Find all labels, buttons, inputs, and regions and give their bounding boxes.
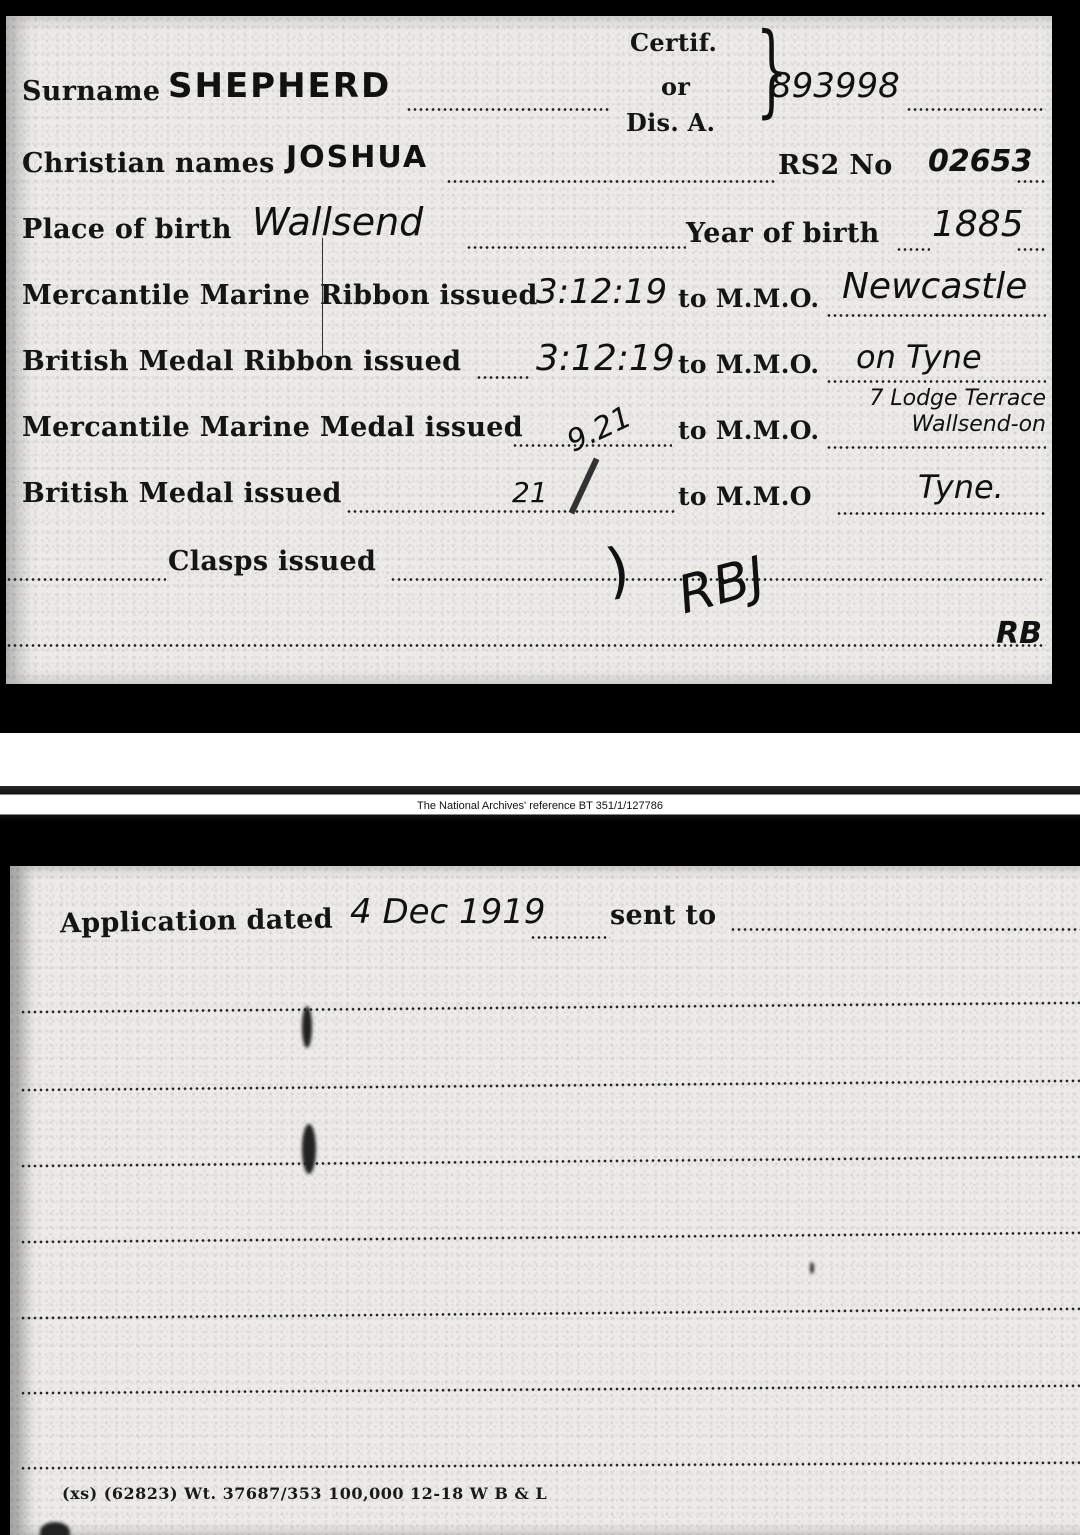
british-medal-date: 21 bbox=[512, 476, 548, 509]
blank-line-2 bbox=[20, 1079, 1080, 1091]
clasps-label: Clasps issued bbox=[168, 546, 376, 577]
mm-medal-date: 9.21 bbox=[562, 400, 637, 460]
dotted-line bbox=[826, 380, 1046, 383]
year-of-birth-value: 1885 bbox=[932, 204, 1024, 245]
british-ribbon-label: British Medal Ribbon issued bbox=[22, 346, 461, 377]
place-of-birth-label: Place of birth bbox=[22, 214, 232, 245]
year-of-birth-label: Year of birth bbox=[686, 218, 880, 249]
british-ribbon-to-label: to M.M.O. bbox=[678, 350, 819, 379]
initials-signature: RBJ bbox=[672, 546, 772, 627]
blank-line-3 bbox=[20, 1155, 1080, 1167]
blank-line-1 bbox=[20, 1001, 1080, 1013]
dotted-line bbox=[530, 936, 610, 939]
dotted-line bbox=[1016, 248, 1046, 251]
place-of-birth-value: Wallsend bbox=[252, 200, 423, 244]
dotted-line bbox=[346, 510, 676, 513]
mm-ribbon-date: 3:12:19 bbox=[536, 272, 667, 312]
blank-line-4 bbox=[20, 1231, 1080, 1243]
british-medal-to-label: to M.M.O bbox=[678, 482, 812, 511]
dotted-line bbox=[466, 246, 686, 249]
certificate-label-1: Certif. bbox=[630, 28, 717, 57]
mm-ribbon-label: Mercantile Marine Ribbon issued bbox=[22, 280, 538, 311]
christian-names-value: JOSHUA bbox=[286, 140, 428, 175]
surname-value: SHEPHERD bbox=[168, 66, 391, 106]
dotted-line bbox=[446, 180, 776, 183]
front-card: Surname SHEPHERD Certif. or Dis. A. } 89… bbox=[6, 16, 1052, 684]
dotted-line bbox=[1016, 180, 1046, 183]
application-date-value: 4 Dec 1919 bbox=[350, 892, 546, 932]
tick-mark-icon bbox=[569, 458, 600, 515]
british-ribbon-to-value: on Tyne bbox=[856, 338, 982, 376]
mm-ribbon-to-value: Newcastle bbox=[842, 266, 1027, 307]
british-medal-to-value: Tyne. bbox=[918, 468, 1004, 506]
back-card: Application dated 4 Dec 1919 sent to (xs… bbox=[10, 866, 1080, 1535]
dotted-line bbox=[476, 376, 531, 379]
dotted-line bbox=[836, 512, 1046, 515]
pen-stroke bbox=[322, 238, 323, 358]
certificate-value: 893998 bbox=[770, 66, 900, 106]
rs2-no-label: RS2 No bbox=[778, 150, 893, 181]
surname-label: Surname bbox=[22, 76, 160, 107]
dotted-line bbox=[6, 578, 166, 581]
stamp-mark: RB bbox=[996, 616, 1042, 651]
british-medal-label: British Medal issued bbox=[22, 478, 342, 509]
archive-reference: The National Archives' reference BT 351/… bbox=[0, 800, 1080, 812]
dotted-line bbox=[406, 108, 611, 111]
blank-line-5 bbox=[20, 1307, 1080, 1319]
ink-smudge bbox=[302, 1006, 312, 1048]
mm-medal-label: Mercantile Marine Medal issued bbox=[22, 412, 523, 443]
dotted-line bbox=[906, 108, 1046, 111]
blank-line-7 bbox=[20, 1461, 1080, 1470]
printer-imprint: (xs) (62823) Wt. 37687/353 100,000 12-18… bbox=[62, 1484, 547, 1503]
mm-medal-to-value: 7 Lodge Terrace Wallsend-on bbox=[796, 386, 1046, 438]
blank-line-6 bbox=[20, 1384, 1080, 1394]
ink-smudge bbox=[302, 1124, 316, 1174]
ink-speck bbox=[810, 1262, 814, 1274]
ink-blot bbox=[40, 1522, 70, 1535]
sent-to-label: sent to bbox=[610, 900, 716, 931]
certificate-label-2: or bbox=[661, 72, 690, 101]
certificate-label-3: Dis. A. bbox=[626, 108, 715, 137]
dotted-line bbox=[6, 644, 1046, 647]
dotted-line bbox=[826, 314, 1046, 317]
christian-names-label: Christian names bbox=[22, 148, 275, 179]
dotted-line bbox=[826, 446, 1046, 449]
sent-to-field bbox=[730, 928, 1080, 931]
clasps-bracket-mark: ) bbox=[601, 535, 634, 608]
british-ribbon-date: 3:12:19 bbox=[536, 338, 675, 379]
rs2-no-value: 02653 bbox=[928, 144, 1032, 179]
application-dated-label: Application dated bbox=[60, 904, 333, 940]
dotted-line bbox=[896, 248, 930, 251]
mm-ribbon-to-label: to M.M.O. bbox=[678, 284, 819, 313]
